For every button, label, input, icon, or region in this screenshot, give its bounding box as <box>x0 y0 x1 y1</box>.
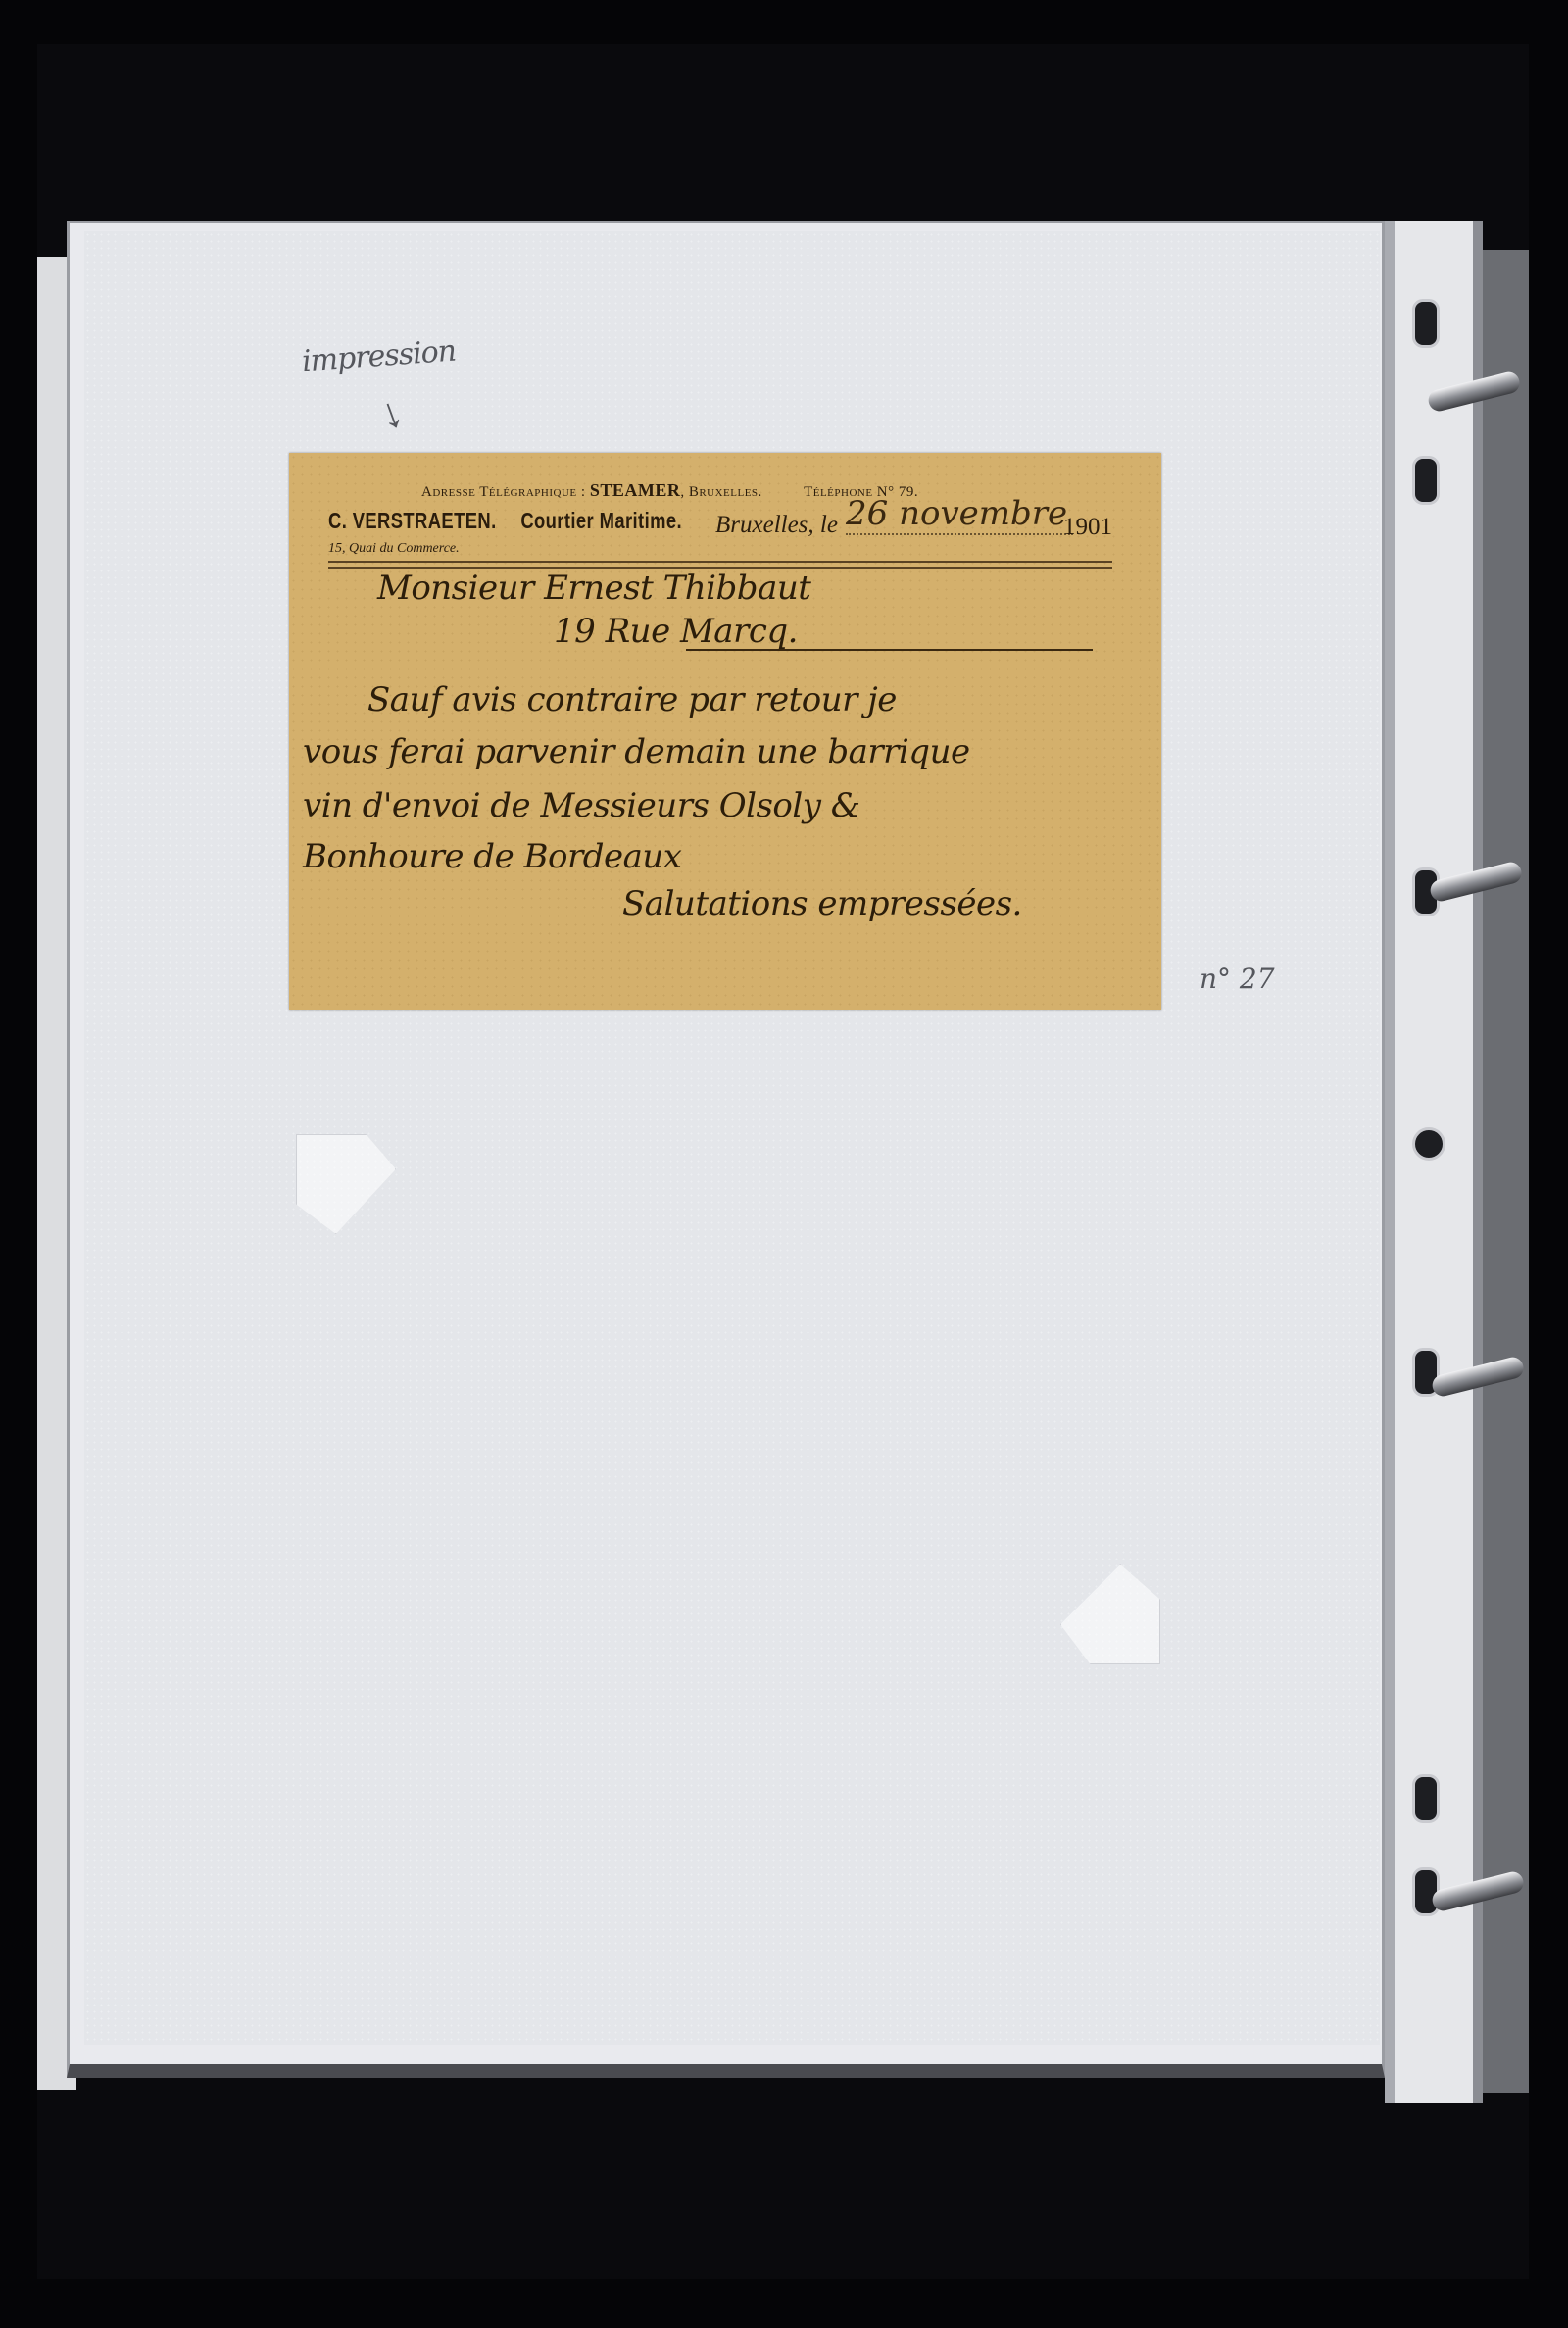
recipient-line-1: Monsieur Ernest Thibbaut <box>377 569 810 608</box>
telegraph-header: Adresse Télégraphique : STEAMER, Bruxell… <box>421 480 918 501</box>
punch-hole <box>1412 299 1440 348</box>
year: 1901 <box>1063 514 1112 541</box>
sender-name: C. VERSTRAETEN. <box>328 508 497 533</box>
place-prefix: Bruxelles, le <box>715 512 838 539</box>
punch-hole <box>1412 456 1440 505</box>
message-line: Bonhoure de Bordeaux <box>303 837 681 876</box>
sender-address: 15, Quai du Commerce. <box>328 541 460 557</box>
telegraph-label: Adresse Télégraphique : <box>421 484 586 500</box>
sender-line: C. VERSTRAETEN. Courtier Maritime. <box>328 508 682 534</box>
binder-punch-strip <box>1385 221 1483 2103</box>
recipient-underline <box>686 649 1093 651</box>
message-signoff: Salutations empressées. <box>622 884 1022 923</box>
printed-rule <box>328 561 1112 563</box>
message-line: vin d'envoi de Messieurs Olsoly & <box>303 786 860 825</box>
sender-role: Courtier Maritime. <box>520 508 682 533</box>
message-line: Sauf avis contraire par retour je <box>367 680 897 719</box>
handwritten-date: 26 novembre <box>846 494 1073 535</box>
punch-hole <box>1412 1127 1445 1161</box>
pencil-item-number: n° 27 <box>1200 963 1275 995</box>
telegraph-name: STEAMER <box>590 480 681 500</box>
recipient-line-2: 19 Rue Marcq. <box>554 612 798 651</box>
telegraph-city: , Bruxelles. <box>680 484 761 500</box>
postcard: Adresse Télégraphique : STEAMER, Bruxell… <box>289 453 1161 1010</box>
binder-spine <box>1483 250 1529 2093</box>
message-line: vous ferai parvenir demain une barrique <box>303 732 970 771</box>
punch-hole <box>1412 1774 1440 1823</box>
